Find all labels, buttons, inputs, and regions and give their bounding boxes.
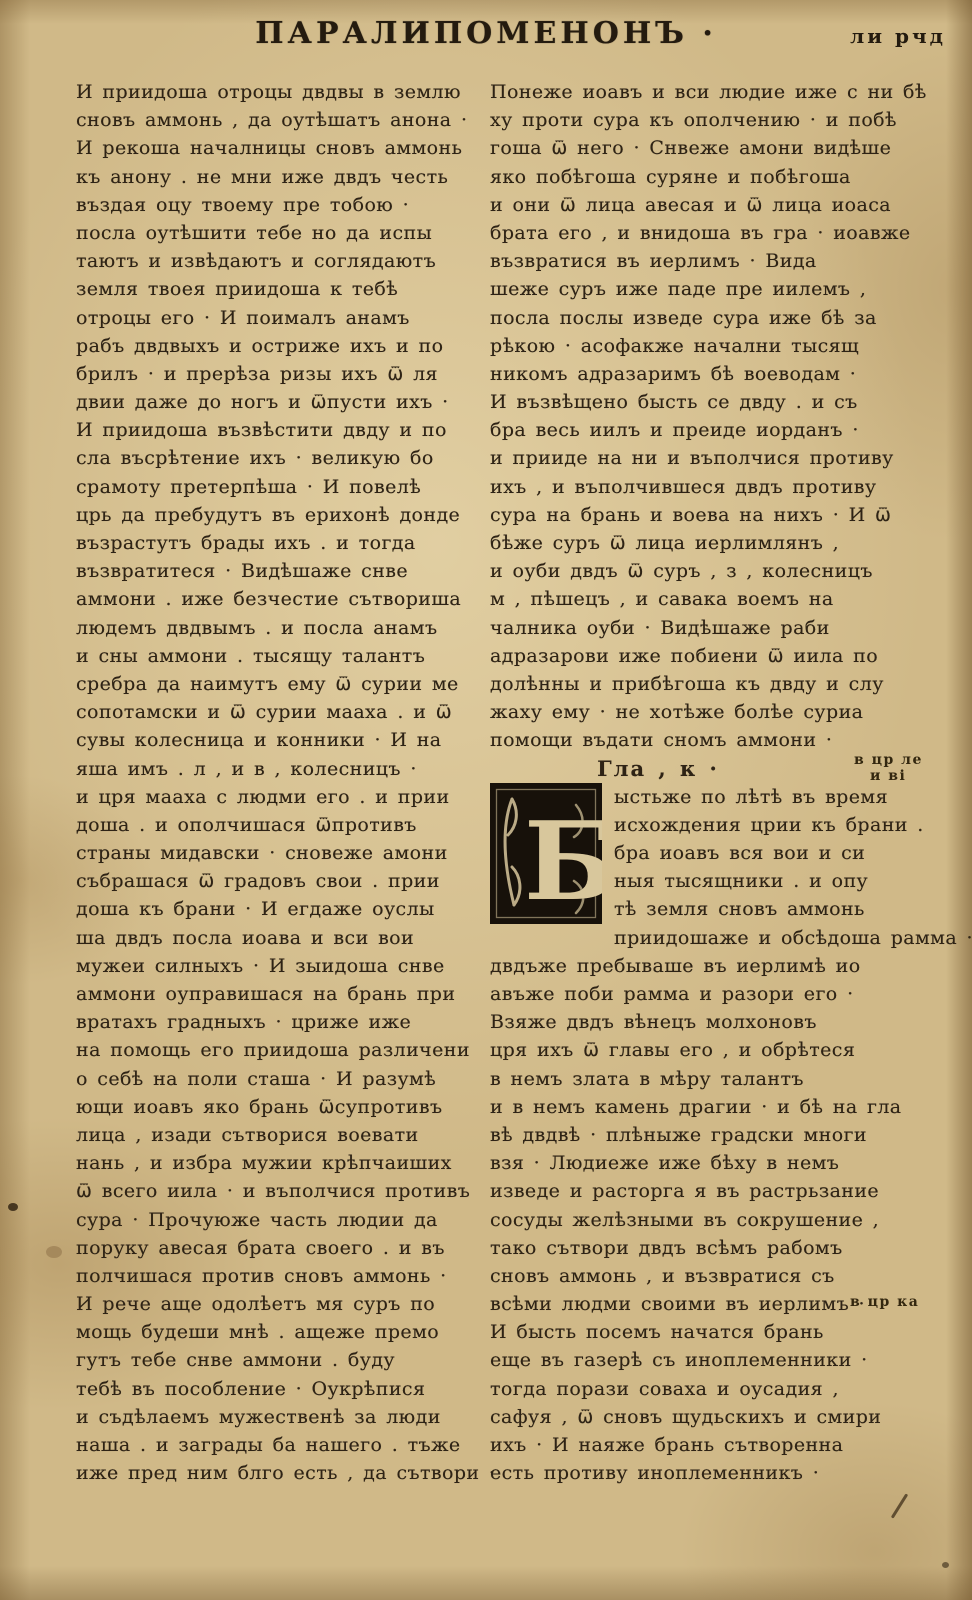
pre-chapter-lines: Понеже иоавъ и вси людие иже с ни бѣху п… bbox=[490, 78, 896, 755]
text-line: мужеи силныхъ · И зыидоша снве bbox=[76, 952, 482, 980]
text-line: црь да пребудутъ въ ерихонѣ донде bbox=[76, 501, 482, 529]
text-line: възвратитеся · Видѣшаже снве bbox=[76, 557, 482, 585]
text-line: доша . и ополчишася ѿпротивъ bbox=[76, 811, 482, 839]
text-line: бѣже суръ ѿ лица иерлимлянъ , bbox=[490, 529, 896, 557]
text-line: помощи въдати сномъ аммони · bbox=[490, 726, 896, 754]
text-line: ша двдъ посла иоава и вси вои bbox=[76, 924, 482, 952]
text-line: къ анону . не мни иже двдъ честь bbox=[76, 163, 482, 191]
left-text-column: И приидоша отроцы двдвы в землюсновъ амм… bbox=[76, 78, 482, 1487]
text-line: взя · Людиеже иже бѣху в немъ bbox=[490, 1149, 896, 1177]
text-line: рѣкою · асофакже начални тысящ bbox=[490, 332, 896, 360]
text-line: тогда порази соваха и оусадия , bbox=[490, 1375, 896, 1403]
chapter-heading: Гла , к · bbox=[490, 755, 896, 783]
text-line: и съдѣлаемъ мужественѣ за люди bbox=[76, 1403, 482, 1431]
text-line: бра весь иилъ и преиде иорданъ · bbox=[490, 416, 896, 444]
text-line: ихъ , и въполчившеся двдъ противу bbox=[490, 473, 896, 501]
text-line: сувы колесница и конники · И на bbox=[76, 726, 482, 754]
left-column-lines: И приидоша отроцы двдвы в землюсновъ амм… bbox=[76, 78, 482, 1487]
text-line: иже пред ним блго есть , да сътвори · bbox=[76, 1459, 482, 1487]
text-line: двдъже пребываше въ иерлимѣ ио bbox=[490, 952, 896, 980]
text-line: приидошаже и обсѣдоша рамма · bbox=[490, 924, 896, 952]
woodcut-initial-icon: Б bbox=[490, 783, 602, 924]
text-line: на помощь его приидоша различени bbox=[76, 1036, 482, 1064]
right-text-column: Понеже иоавъ и вси людие иже с ни бѣху п… bbox=[490, 78, 896, 1487]
text-line: нань , и избра мужии крѣпчаиших bbox=[76, 1149, 482, 1177]
text-line: яша имъ . л , и в , колесницъ · bbox=[76, 755, 482, 783]
text-line: м , пѣшецъ , и савака воемъ на bbox=[490, 585, 896, 613]
text-line: Понеже иоавъ и вси людие иже с ни бѣ bbox=[490, 78, 896, 106]
ink-fleck bbox=[942, 1562, 949, 1568]
text-line: двии даже до ногъ и ѿпусти ихъ · bbox=[76, 388, 482, 416]
text-line: тебѣ въ пособление · Оукрѣпися bbox=[76, 1375, 482, 1403]
marginal-note-bottom: в цр ка bbox=[850, 1294, 919, 1310]
chapter-body-lines: приидошаже и обсѣдоша рамма ·двдъже преб… bbox=[490, 924, 896, 1488]
marginal-note-line: в цр ле bbox=[854, 752, 923, 768]
text-line: жаху ему · не хотѣже болѣе суриа bbox=[490, 698, 896, 726]
text-line: рабъ двдвыхъ и остриже ихъ и по bbox=[76, 332, 482, 360]
text-line: сопотамски и ѿ сурии мааха . и ѿ bbox=[76, 698, 482, 726]
folio-number: ли рчд bbox=[850, 24, 946, 48]
text-line: И рекоша началницы сновъ аммонь bbox=[76, 134, 482, 162]
text-line: о себѣ на поли сташа · И разумѣ bbox=[76, 1065, 482, 1093]
text-line: сла въсрѣтение ихъ · великую бо bbox=[76, 444, 482, 472]
text-line: поруку авесая брата своего . и въ bbox=[76, 1234, 482, 1262]
text-line: цря ихъ ѿ главы его , и обрѣтеся bbox=[490, 1036, 896, 1064]
text-line: ихъ · И наяже брань сътворенна bbox=[490, 1431, 896, 1459]
text-line: аммони оуправишася на брань при bbox=[76, 980, 482, 1008]
text-line: сура · Прочуюже часть людии да bbox=[76, 1206, 482, 1234]
text-line: мощь будеши мнѣ . ащеже премо bbox=[76, 1318, 482, 1346]
text-line: изведе и расторга я въ растрьзание bbox=[490, 1177, 896, 1205]
text-line: възвратися въ иерлимъ · Вида bbox=[490, 247, 896, 275]
text-line: посла послы изведе сура иже бѣ за bbox=[490, 304, 896, 332]
text-line: събрашася ѿ градовъ свои . прии bbox=[76, 867, 482, 895]
chapter-start-block: Б ыстьже по лѣтѣ въ времяисхождения црии… bbox=[490, 783, 896, 924]
text-line: страны мидавски · сновеже амони bbox=[76, 839, 482, 867]
text-line: долѣнны и прибѣгоша къ двду и слу bbox=[490, 670, 896, 698]
text-line: гутъ тебе снве аммони . буду bbox=[76, 1346, 482, 1374]
text-line: и прииде на ни и въполчися противу bbox=[490, 444, 896, 472]
text-line: посла оутѣшити тебе но да испы bbox=[76, 219, 482, 247]
text-line: брата его , и внидоша въ гра · иоавже bbox=[490, 219, 896, 247]
text-line: сновъ аммонь , да оутѣшатъ анона · bbox=[76, 106, 482, 134]
page-title: ПАРАЛИПОМЕНОНЪ · bbox=[0, 16, 972, 51]
text-line: авъже поби рамма и разори его · bbox=[490, 980, 896, 1008]
text-line: брилъ · и прерѣза ризы ихъ ѿ ля bbox=[76, 360, 482, 388]
text-line: ху проти сура къ ополчению · и побѣ bbox=[490, 106, 896, 134]
initial-letter-glyph: Б bbox=[524, 799, 602, 924]
text-line: и цря мааха с людми его . и прии bbox=[76, 783, 482, 811]
text-line: ѿ всего иила · и въполчися противъ bbox=[76, 1177, 482, 1205]
text-line: доша къ брани · И егдаже оуслы bbox=[76, 895, 482, 923]
marginal-note-line: и ві bbox=[854, 768, 923, 784]
text-line: сура на брань и воева на нихъ · И ѿ bbox=[490, 501, 896, 529]
text-line: вратахъ градныхъ · цриже иже bbox=[76, 1008, 482, 1036]
text-line: и в немъ камень драгии · и бѣ на гла bbox=[490, 1093, 896, 1121]
text-line: адразарови иже побиени ѿ иила по bbox=[490, 642, 896, 670]
text-line: полчишася против сновъ аммонь · bbox=[76, 1262, 482, 1290]
text-line: таютъ и извѣдаютъ и соглядаютъ bbox=[76, 247, 482, 275]
text-line: земля твоея приидоша к тебѣ bbox=[76, 275, 482, 303]
text-line: и они ѿ лица авесая и ѿ лица иоаса bbox=[490, 191, 896, 219]
text-line: людемъ двдвымъ . и посла анамъ bbox=[76, 614, 482, 642]
text-line: ющи иоавъ яко брань ѿсупротивъ bbox=[76, 1093, 482, 1121]
text-line: аммони . иже безчестие сътвориша bbox=[76, 585, 482, 613]
text-line: есть противу иноплеменникъ · bbox=[490, 1459, 896, 1487]
text-line: сребра да наимутъ ему ѿ сурии ме bbox=[76, 670, 482, 698]
text-line: И възвѣщено бысть се двду . и съ bbox=[490, 388, 896, 416]
book-page: ПАРАЛИПОМЕНОНЪ · ли рчд И приидоша отроц… bbox=[0, 0, 972, 1600]
text-line: в немъ злата в мѣру талантъ bbox=[490, 1065, 896, 1093]
text-line: сафуя , ѿ сновъ щудьскихъ и смири bbox=[490, 1403, 896, 1431]
text-line: Взяже двдъ вѣнецъ молхоновъ bbox=[490, 1008, 896, 1036]
text-line: шеже суръ иже паде пре иилемъ , bbox=[490, 275, 896, 303]
text-line: И приидоша отроцы двдвы в землю bbox=[76, 78, 482, 106]
text-line: еще въ газерѣ съ иноплеменники · bbox=[490, 1346, 896, 1374]
text-line: сосуды желѣзными въ сокрушение , bbox=[490, 1206, 896, 1234]
text-line: И рече аще одолѣетъ мя суръ по bbox=[76, 1290, 482, 1318]
text-line: въздая оцу твоему пре тобою · bbox=[76, 191, 482, 219]
text-line: възрастутъ брады ихъ . и тогда bbox=[76, 529, 482, 557]
text-line: и сны аммони . тысящу талантъ bbox=[76, 642, 482, 670]
text-line: И бысть посемъ начатся брань bbox=[490, 1318, 896, 1346]
text-line: отроцы его · И поималъ анамъ bbox=[76, 304, 482, 332]
text-line: срамоту претерпѣша · И повелѣ bbox=[76, 473, 482, 501]
text-line: лица , изади сътворися воевати bbox=[76, 1121, 482, 1149]
text-line: и оуби двдъ ѿ суръ , з , колесницъ bbox=[490, 557, 896, 585]
pen-stroke-mark bbox=[891, 1493, 908, 1518]
text-line: никомъ адразаримъ бѣ воеводам · bbox=[490, 360, 896, 388]
text-line: И приидоша възвѣстити двду и по bbox=[76, 416, 482, 444]
text-line: гоша ѿ него · Снвеже амони видѣше bbox=[490, 134, 896, 162]
text-line: сновъ аммонь , и възвратися съ bbox=[490, 1262, 896, 1290]
text-line: чалника оуби · Видѣшаже раби bbox=[490, 614, 896, 642]
text-line: наша . и заграды ба нашего . тъже bbox=[76, 1431, 482, 1459]
drop-cap-initial: Б bbox=[490, 783, 602, 924]
text-line: яко побѣгоша суряне и побѣгоша bbox=[490, 163, 896, 191]
paper-stain bbox=[46, 1246, 62, 1258]
text-line: тако сътвори двдъ всѣмъ рабомъ bbox=[490, 1234, 896, 1262]
ink-fleck bbox=[8, 1203, 18, 1211]
marginal-note-top: в цр ле и ві bbox=[854, 752, 923, 784]
text-line: всѣми людми своими въ иерлимъ · bbox=[490, 1290, 896, 1318]
text-line: вѣ двдвѣ · плѣныже градски многи bbox=[490, 1121, 896, 1149]
